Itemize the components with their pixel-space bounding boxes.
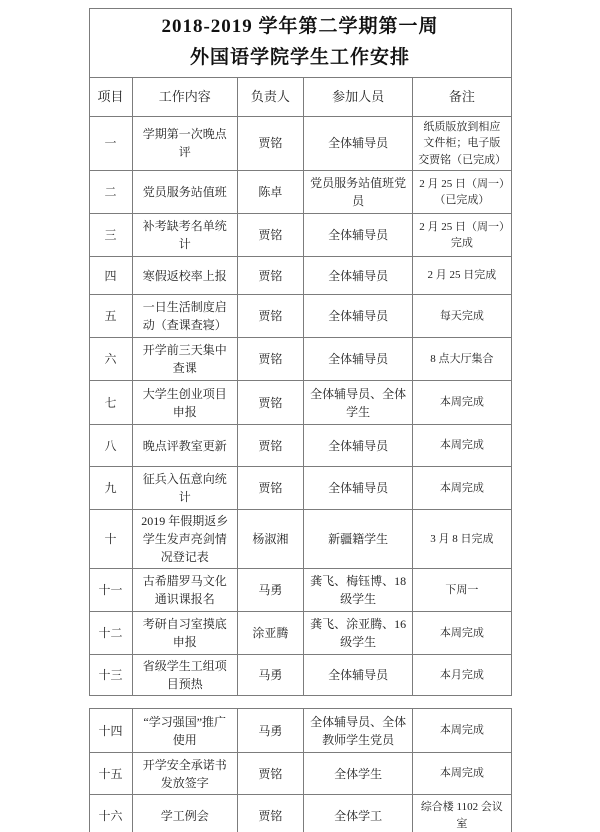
cell-item-number: 六: [89, 338, 132, 381]
cell-task: 晚点评教室更新: [132, 425, 237, 467]
cell-item-number: 一: [89, 116, 132, 171]
cell-item-number: 八: [89, 425, 132, 467]
cell-item-number: 十: [89, 510, 132, 569]
cell-task: 学工例会: [132, 795, 237, 832]
column-header-item: 项目: [89, 77, 132, 116]
cell-item-number: 十四: [89, 709, 132, 753]
cell-task: 古希腊罗马文化通识课报名: [132, 569, 237, 612]
column-header-owner: 负责人: [237, 77, 303, 116]
cell-owner: 贾铭: [237, 257, 303, 295]
cell-item-number: 五: [89, 295, 132, 338]
title-line-1: 2018-2019 学年第二学期第一周: [94, 12, 507, 43]
cell-note: 本周完成: [413, 467, 511, 510]
cell-participants: 全体辅导员: [303, 295, 412, 338]
cell-task: 党员服务站值班: [132, 171, 237, 214]
cell-participants: 龚飞、涂亚腾、16 级学生: [303, 612, 412, 655]
table-row: 九 征兵入伍意向统计 贾铭 全体辅导员 本周完成: [89, 467, 511, 510]
cell-note: 本周完成: [413, 381, 511, 425]
cell-note: 8 点大厅集合: [413, 338, 511, 381]
cell-participants: 全体辅导员: [303, 467, 412, 510]
cell-owner: 贾铭: [237, 425, 303, 467]
cell-participants: 全体辅导员: [303, 116, 412, 171]
cell-task: 征兵入伍意向统计: [132, 467, 237, 510]
cell-note: 3 月 8 日完成: [413, 510, 511, 569]
cell-owner: 贾铭: [237, 338, 303, 381]
work-schedule-table-page1: 2018-2019 学年第二学期第一周 外国语学院学生工作安排 项目 工作内容 …: [89, 8, 512, 696]
table-row: 十二 考研自习室摸底申报 涂亚腾 龚飞、涂亚腾、16 级学生 本周完成: [89, 612, 511, 655]
cell-item-number: 四: [89, 257, 132, 295]
cell-task: 省级学生工组项目预热: [132, 655, 237, 696]
cell-item-number: 二: [89, 171, 132, 214]
cell-owner: 马勇: [237, 655, 303, 696]
table-row: 七 大学生创业项目申报 贾铭 全体辅导员、全体学生 本周完成: [89, 381, 511, 425]
cell-item-number: 十五: [89, 753, 132, 795]
cell-note: 每天完成: [413, 295, 511, 338]
cell-owner: 贾铭: [237, 381, 303, 425]
table-row: 十三 省级学生工组项目预热 马勇 全体辅导员 本月完成: [89, 655, 511, 696]
title-line-2: 外国语学院学生工作安排: [94, 43, 507, 74]
cell-note: 综合楼 1102 会议室: [413, 795, 511, 832]
cell-participants: 全体辅导员、全体学生: [303, 381, 412, 425]
cell-owner: 贾铭: [237, 795, 303, 832]
cell-item-number: 十三: [89, 655, 132, 696]
cell-participants: 龚飞、梅钰博、18 级学生: [303, 569, 412, 612]
cell-owner: 贾铭: [237, 214, 303, 257]
cell-owner: 陈卓: [237, 171, 303, 214]
table-row: 二 党员服务站值班 陈卓 党员服务站值班党员 2 月 25 日（周一）（已完成）: [89, 171, 511, 214]
column-header-participants: 参加人员: [303, 77, 412, 116]
cell-owner: 马勇: [237, 709, 303, 753]
cell-note: 2 月 25 日（周一）（已完成）: [413, 171, 511, 214]
cell-note: 下周一: [413, 569, 511, 612]
cell-owner: 涂亚腾: [237, 612, 303, 655]
header-row: 项目 工作内容 负责人 参加人员 备注: [89, 77, 511, 116]
cell-owner: 杨淑湘: [237, 510, 303, 569]
cell-note: 本周完成: [413, 612, 511, 655]
title-row: 2018-2019 学年第二学期第一周 外国语学院学生工作安排: [89, 9, 511, 78]
column-header-note: 备注: [413, 77, 511, 116]
cell-owner: 贾铭: [237, 467, 303, 510]
cell-task: 大学生创业项目申报: [132, 381, 237, 425]
cell-item-number: 三: [89, 214, 132, 257]
cell-task: 补考缺考名单统计: [132, 214, 237, 257]
cell-participants: 全体辅导员: [303, 425, 412, 467]
table-row: 十六 学工例会 贾铭 全体学工 综合楼 1102 会议室: [89, 795, 511, 832]
cell-task: 学期第一次晚点评: [132, 116, 237, 171]
cell-participants: 全体辅导员、全体教师学生党员: [303, 709, 412, 753]
cell-note: 2 月 25 日（周一）完成: [413, 214, 511, 257]
table-row: 十四 “学习强国”推广使用 马勇 全体辅导员、全体教师学生党员 本周完成: [89, 709, 511, 753]
cell-task: 寒假返校率上报: [132, 257, 237, 295]
cell-task: 考研自习室摸底申报: [132, 612, 237, 655]
table-row: 六 开学前三天集中查课 贾铭 全体辅导员 8 点大厅集合: [89, 338, 511, 381]
cell-item-number: 九: [89, 467, 132, 510]
table-row: 八 晚点评教室更新 贾铭 全体辅导员 本周完成: [89, 425, 511, 467]
cell-item-number: 十一: [89, 569, 132, 612]
cell-owner: 贾铭: [237, 116, 303, 171]
cell-note: 本周完成: [413, 709, 511, 753]
table-row: 十五 开学安全承诺书发放签字 贾铭 全体学生 本周完成: [89, 753, 511, 795]
cell-item-number: 十二: [89, 612, 132, 655]
cell-participants: 新疆籍学生: [303, 510, 412, 569]
cell-note: 本周完成: [413, 425, 511, 467]
cell-participants: 全体辅导员: [303, 257, 412, 295]
cell-task: 开学安全承诺书发放签字: [132, 753, 237, 795]
cell-participants: 党员服务站值班党员: [303, 171, 412, 214]
table-row: 一 学期第一次晚点评 贾铭 全体辅导员 纸质版放到相应文件柜；电子版交贾铭（已完…: [89, 116, 511, 171]
table-row: 四 寒假返校率上报 贾铭 全体辅导员 2 月 25 日完成: [89, 257, 511, 295]
cell-participants: 全体辅导员: [303, 655, 412, 696]
column-header-task: 工作内容: [132, 77, 237, 116]
document-title: 2018-2019 学年第二学期第一周 外国语学院学生工作安排: [89, 9, 511, 78]
cell-item-number: 七: [89, 381, 132, 425]
cell-note: 纸质版放到相应文件柜；电子版交贾铭（已完成）: [413, 116, 511, 171]
table-row: 十 2019 年假期返乡学生发声亮剑情况登记表 杨淑湘 新疆籍学生 3 月 8 …: [89, 510, 511, 569]
cell-task: 开学前三天集中查课: [132, 338, 237, 381]
document-page: 2018-2019 学年第二学期第一周 外国语学院学生工作安排 项目 工作内容 …: [0, 0, 600, 832]
cell-note: 本周完成: [413, 753, 511, 795]
cell-note: 2 月 25 日完成: [413, 257, 511, 295]
cell-participants: 全体辅导员: [303, 338, 412, 381]
cell-participants: 全体辅导员: [303, 214, 412, 257]
cell-note: 本月完成: [413, 655, 511, 696]
work-schedule-table-page2: 十四 “学习强国”推广使用 马勇 全体辅导员、全体教师学生党员 本周完成 十五 …: [89, 708, 512, 832]
cell-task: 2019 年假期返乡学生发声亮剑情况登记表: [132, 510, 237, 569]
cell-owner: 马勇: [237, 569, 303, 612]
cell-item-number: 十六: [89, 795, 132, 832]
table-row: 三 补考缺考名单统计 贾铭 全体辅导员 2 月 25 日（周一）完成: [89, 214, 511, 257]
cell-participants: 全体学工: [303, 795, 412, 832]
table-row: 五 一日生活制度启动（查课查寝） 贾铭 全体辅导员 每天完成: [89, 295, 511, 338]
cell-owner: 贾铭: [237, 753, 303, 795]
cell-task: “学习强国”推广使用: [132, 709, 237, 753]
cell-task: 一日生活制度启动（查课查寝）: [132, 295, 237, 338]
table-row: 十一 古希腊罗马文化通识课报名 马勇 龚飞、梅钰博、18 级学生 下周一: [89, 569, 511, 612]
cell-owner: 贾铭: [237, 295, 303, 338]
cell-participants: 全体学生: [303, 753, 412, 795]
